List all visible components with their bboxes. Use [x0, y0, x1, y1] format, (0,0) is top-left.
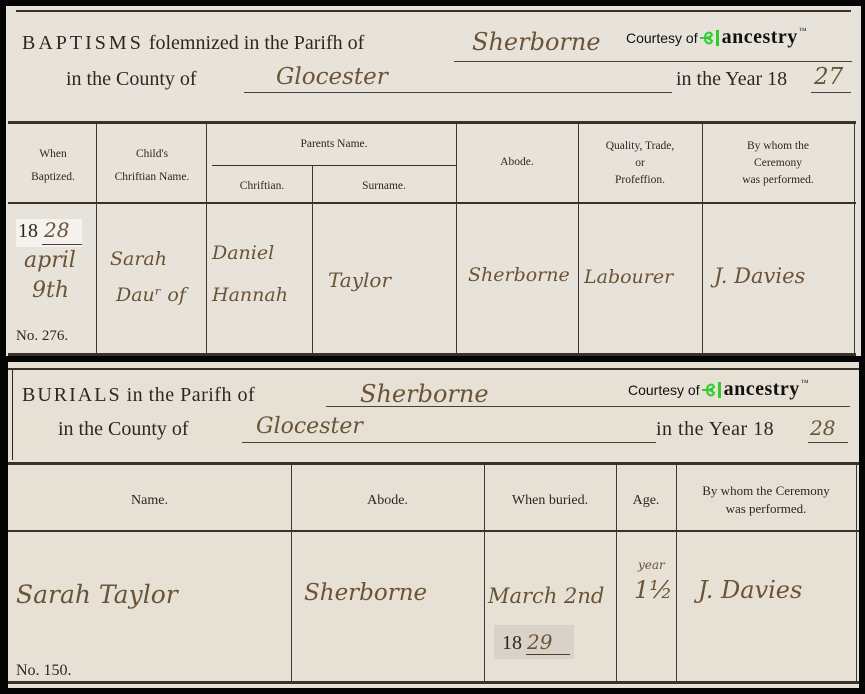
baptism-year-label: in the Year 18 — [676, 68, 787, 91]
top-border-rule — [16, 10, 851, 12]
header-line: Ceremony — [702, 155, 854, 172]
entry-year-underline — [42, 244, 82, 245]
burials-title: BURIALS in the Parifh of — [22, 384, 255, 407]
ancestry-brand: ancestry — [722, 26, 798, 49]
col-when-buried: When buried. — [484, 492, 616, 510]
header-line: Child's — [98, 146, 206, 163]
ancestry-brand: ancestry — [724, 378, 800, 401]
baptism-year-value: 27 — [814, 64, 843, 90]
burial-entry-year-prefix: 18 — [502, 632, 522, 655]
burial-county-value: Glocester — [256, 414, 363, 439]
header-line: was performed. — [676, 500, 856, 518]
baptism-entry-year-prefix: 18 — [18, 220, 38, 243]
baptism-register-page: BAPTISMS folemnized in the Parifh of She… — [6, 6, 861, 356]
burials-title-word: BURIALS — [22, 384, 122, 406]
courtesy-text: Courtesy of — [628, 382, 700, 398]
parish-underline — [326, 406, 850, 407]
ancestry-leaf-icon — [699, 29, 721, 47]
entry-year-underline — [526, 654, 570, 655]
burial-register-page: BURIALS in the Parifh of Sherborne Court… — [8, 362, 859, 688]
ancestry-leaf-icon — [701, 381, 723, 399]
table-top-rule — [8, 121, 856, 124]
burial-year-value: 28 — [810, 416, 835, 440]
county-underline — [242, 442, 656, 443]
table-top-rule — [8, 462, 859, 465]
parents-surname: Taylor — [328, 268, 391, 292]
col-divider — [856, 465, 857, 681]
col-divider — [854, 124, 855, 354]
mother-name: Hannah — [212, 284, 288, 306]
baptism-entry-number: No. 276. — [16, 328, 68, 345]
col-abode: Abode. — [291, 492, 484, 510]
header-line: was performed. — [702, 172, 854, 189]
header-line: By whom the — [702, 138, 854, 155]
county-underline — [244, 92, 672, 93]
col-age: Age. — [616, 492, 676, 510]
trademark-mark: ™ — [799, 26, 807, 35]
baptism-month: april — [24, 248, 76, 273]
col-ceremony: By whom the Ceremony was performed. — [676, 482, 856, 518]
baptism-abode: Sherborne — [468, 264, 570, 286]
header-bottom-rule — [8, 530, 859, 532]
baptisms-title: BAPTISMS folemnized in the Parifh of — [22, 32, 364, 55]
header-line: Baptized. — [10, 169, 96, 186]
ancestry-watermark: Courtesy of ancestry ™ — [628, 378, 809, 401]
trademark-mark: ™ — [801, 378, 809, 387]
burial-officiant: J. Davies — [698, 576, 802, 604]
header-line: Profeffion. — [578, 172, 702, 189]
baptism-day: 9th — [32, 278, 69, 303]
col-when-baptized: When Baptized. — [10, 146, 96, 186]
burial-name: Sarah Taylor — [16, 580, 178, 609]
burials-title-rest: in the Parifh of — [127, 384, 256, 406]
col-divider — [206, 124, 207, 354]
burial-abode: Sherborne — [304, 580, 427, 606]
year-underline — [808, 442, 848, 443]
burial-parish-value: Sherborne — [360, 380, 489, 408]
baptism-county-label: in the County of — [66, 68, 197, 91]
year-underline — [811, 92, 851, 93]
father-name: Daniel — [212, 242, 274, 264]
col-trade: Quality, Trade, or Profeffion. — [578, 138, 702, 189]
father-trade: Labourer — [584, 266, 673, 288]
col-child-name: Child's Chriftian Name. — [98, 146, 206, 186]
baptism-parish-value: Sherborne — [472, 28, 601, 56]
parish-underline — [454, 61, 852, 62]
col-parents-name: Parents Name. — [212, 136, 456, 153]
table-bottom-rule — [8, 681, 859, 684]
top-border-rule — [8, 368, 859, 370]
baptisms-title-word: BAPTISMS — [22, 32, 144, 54]
burial-date: March 2nd — [488, 584, 604, 608]
burial-age: 1½ — [634, 576, 673, 604]
header-line: or — [578, 155, 702, 172]
left-border — [12, 370, 13, 460]
table-bottom-rule — [8, 353, 856, 356]
header-line: Quality, Trade, — [578, 138, 702, 155]
col-ceremony: By whom the Ceremony was performed. — [702, 138, 854, 189]
burial-county-label: in the County of — [58, 418, 189, 441]
courtesy-text: Courtesy of — [626, 30, 698, 46]
col-parents-surname: Surname. — [312, 178, 456, 195]
header-bottom-rule — [8, 202, 856, 204]
col-name: Name. — [8, 492, 291, 510]
baptisms-title-rest: folemnized in the Parifh of — [149, 32, 365, 54]
header-line: When — [10, 146, 96, 163]
burial-entry-number: No. 150. — [16, 662, 72, 680]
header-line: Chriftian Name. — [98, 169, 206, 186]
child-relation: Dauʳ of — [116, 284, 186, 306]
burial-entry-year-value: 29 — [527, 630, 552, 654]
burial-year-label: in the Year 18 — [656, 418, 774, 441]
age-unit: year — [638, 558, 665, 572]
baptism-entry-year-value: 28 — [44, 218, 69, 242]
baptism-officiant: J. Davies — [714, 264, 805, 288]
parents-divider — [212, 165, 456, 166]
col-parents-christian: Chriftian. — [212, 178, 312, 195]
child-name: Sarah — [110, 248, 167, 270]
header-line: By whom the Ceremony — [676, 482, 856, 500]
ancestry-watermark: Courtesy of ancestry ™ — [626, 26, 807, 49]
col-divider — [96, 124, 97, 354]
col-abode: Abode. — [456, 154, 578, 171]
baptism-county-value: Glocester — [276, 64, 388, 90]
